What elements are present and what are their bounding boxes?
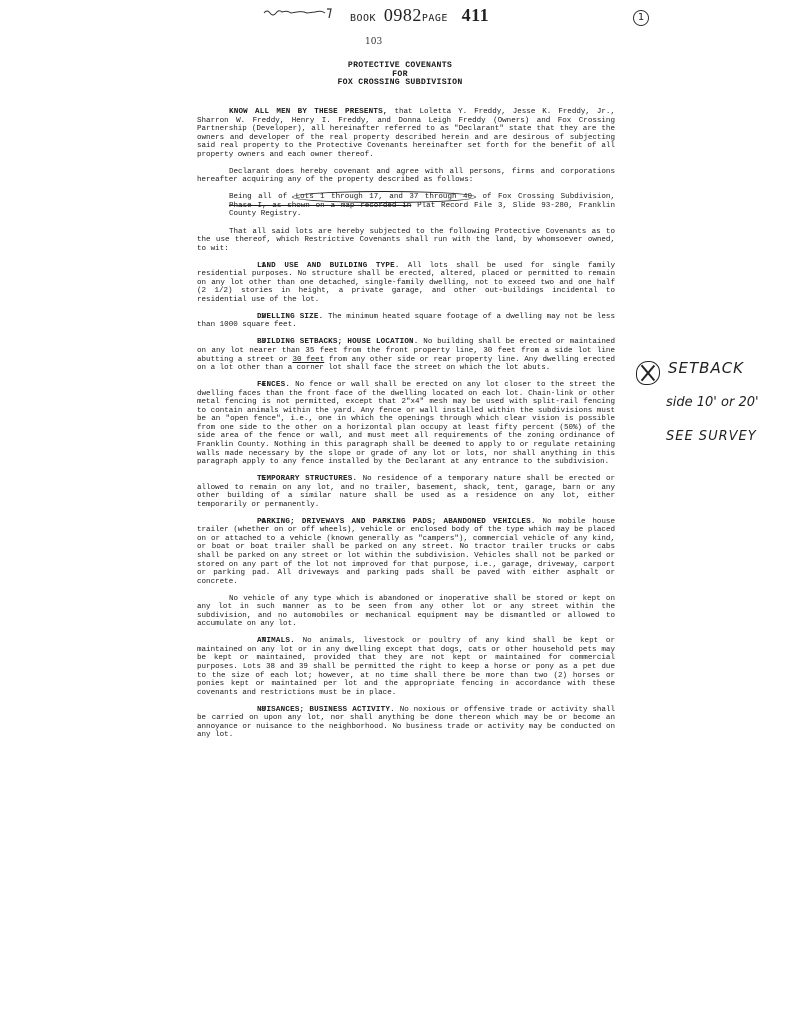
- property-prefix: Being all of: [229, 193, 294, 201]
- section-heading: DWELLING SIZE.: [257, 313, 323, 321]
- section-number: 3.: [229, 338, 257, 347]
- section-3: 3.BUILDING SETBACKS; HOUSE LOCATION. No …: [197, 338, 615, 372]
- section-1: 1.LAND USE AND BUILDING TYPE. All lots s…: [197, 262, 615, 305]
- section-heading: TEMPORARY STRUCTURES.: [257, 475, 357, 483]
- section-6-continuation: No vehicle of any type which is abandone…: [197, 595, 615, 629]
- section-7: 7.ANIMALS. No animals, livestock or poul…: [197, 637, 615, 697]
- page-number: 411: [462, 5, 490, 25]
- book-label: BOOK: [350, 13, 376, 24]
- annotation-line-2: side 10' or 20': [666, 395, 759, 410]
- subjection-paragraph: That all said lots are hereby subjected …: [197, 228, 615, 254]
- section-number: 1.: [229, 262, 257, 271]
- section-text: No fence or wall shall be erected on any…: [197, 381, 615, 466]
- document-title: PROTECTIVE COVENANTS FOR FOX CROSSING SU…: [300, 62, 500, 88]
- preamble-lead: KNOW ALL MEN BY THESE PRESENTS,: [229, 108, 388, 116]
- property-mid: of Fox Crossing Subdivision,: [476, 193, 615, 201]
- sheet-number-circled: 1: [633, 10, 649, 26]
- annotation-line-3: SEE SURVEY: [666, 429, 757, 444]
- book-number: 0982: [384, 5, 422, 25]
- handwritten-scrawl: [263, 7, 333, 19]
- title-line-3: FOX CROSSING SUBDIVISION: [300, 79, 500, 88]
- section-heading: BUILDING SETBACKS; HOUSE LOCATION.: [257, 338, 419, 346]
- section-number: 8.: [229, 706, 257, 715]
- underlined-setback: 30 feet: [292, 356, 324, 364]
- section-4: 4.FENCES. No fence or wall shall be erec…: [197, 381, 615, 466]
- section-heading: NUISANCES; BUSINESS ACTIVITY.: [257, 706, 395, 714]
- book-page-stamp: BOOK 0982PAGE 411: [350, 5, 489, 26]
- annotation-line-1: SETBACK: [668, 359, 744, 377]
- section-heading: ANIMALS.: [257, 637, 295, 645]
- section-number: 2.: [229, 313, 257, 322]
- section-number: 5.: [229, 475, 257, 484]
- document-body: KNOW ALL MEN BY THESE PRESENTS, that Lol…: [197, 108, 615, 748]
- section-text: No animals, livestock or poultry of any …: [197, 637, 615, 696]
- section-5: 5.TEMPORARY STRUCTURES. No residence of …: [197, 475, 615, 509]
- section-heading: FENCES.: [257, 381, 290, 389]
- struck-text: Phase I, as shown on a map recorded in: [229, 202, 411, 210]
- declaration-paragraph: Declarant does hereby covenant and agree…: [197, 168, 615, 185]
- property-description: Being all of Lots 1 through 17, and 37 t…: [229, 193, 615, 219]
- section-6: 6.PARKING; DRIVEWAYS AND PARKING PADS; A…: [197, 518, 615, 586]
- section-number: 6.: [229, 518, 257, 527]
- circled-x-mark-icon: [636, 361, 660, 385]
- document-page: BOOK 0982PAGE 411 1 103 PROTECTIVE COVEN…: [0, 0, 791, 1024]
- handwritten-annotation: SETBACK side 10' or 20' SEE SURVEY: [636, 355, 786, 455]
- section-number: 7.: [229, 637, 257, 646]
- section-heading: LAND USE AND BUILDING TYPE.: [257, 262, 400, 270]
- section-text: No mobile house trailer (whether on or o…: [197, 518, 615, 586]
- section-number: 4.: [229, 381, 257, 390]
- preamble-text: that Loletta Y. Freddy, Jesse K. Freddy,…: [197, 108, 615, 159]
- page-label: PAGE: [422, 13, 448, 24]
- section-8: 8.NUISANCES; BUSINESS ACTIVITY. No noxio…: [197, 706, 615, 740]
- preamble-paragraph: KNOW ALL MEN BY THESE PRESENTS, that Lol…: [197, 108, 615, 159]
- section-heading: PARKING; DRIVEWAYS AND PARKING PADS; ABA…: [257, 518, 536, 526]
- section-2: 2.DWELLING SIZE. The minimum heated squa…: [197, 313, 615, 330]
- sub-page-number: 103: [365, 37, 382, 47]
